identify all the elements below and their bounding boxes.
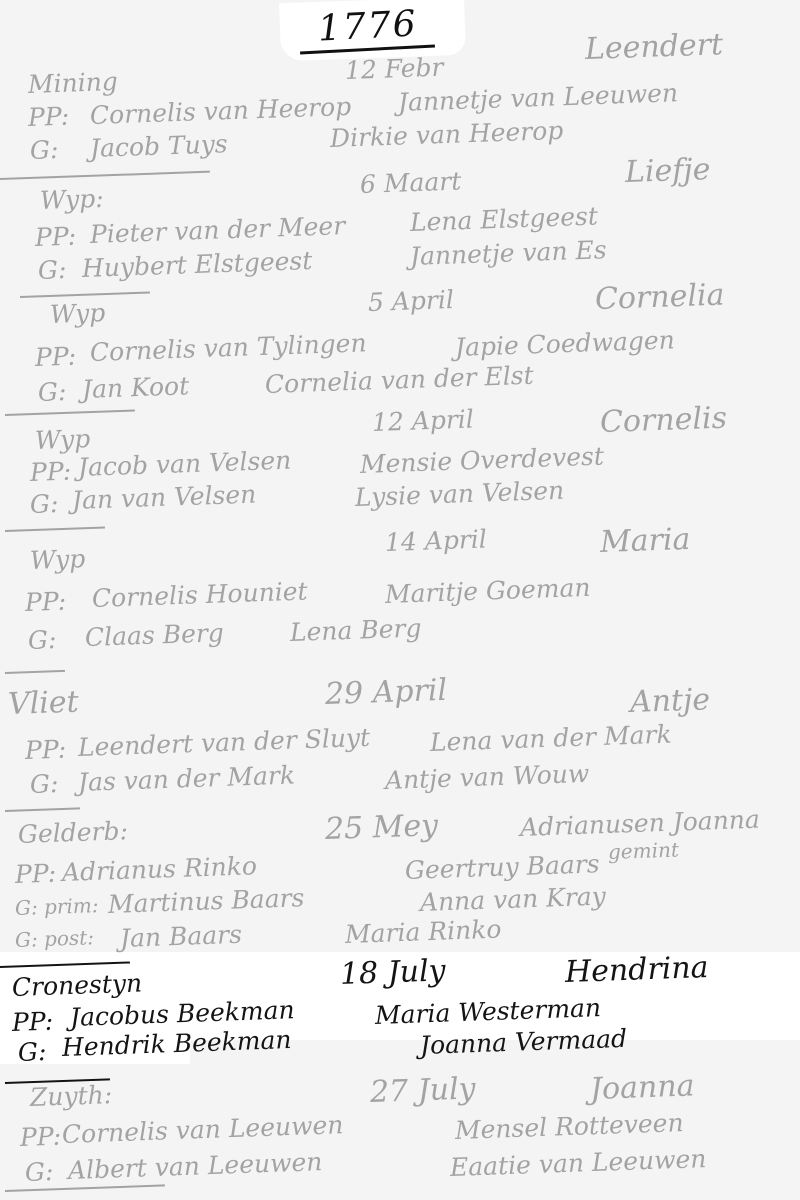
entry-mother: Maritje Goeman: [385, 575, 591, 607]
entry-witness-1: Jan Koot: [82, 373, 190, 402]
entry-divider: [5, 807, 80, 812]
entry-father: Jacob van Velsen: [78, 448, 292, 480]
entry-place: Mining: [28, 69, 119, 97]
entry-witness-2: Lena Berg: [290, 615, 422, 645]
entry-parents-label: PP:: [28, 104, 70, 130]
entry-witness-1: Claas Berg: [85, 620, 225, 650]
entry-place: Vliet: [7, 688, 79, 720]
entry-witness-label: G:: [30, 137, 59, 163]
entry-witness-2: Eaatie van Leeuwen: [450, 1146, 707, 1180]
page-year: 1776: [317, 3, 419, 49]
entry-mother: Geertruy Baars: [405, 851, 600, 883]
entry-child: Liefje: [624, 155, 710, 188]
entry-witness-label-2: G: post:: [15, 927, 95, 950]
entry-child: Joanna: [589, 1071, 694, 1105]
entry-parents-label: PP:: [15, 861, 57, 887]
entry-divider: [5, 409, 135, 416]
entry-father: Cornelis van Heerop: [90, 94, 352, 128]
entry-place: Wyp: [35, 426, 91, 453]
entry-parents-label: PP:: [12, 1009, 54, 1035]
entry-place: Wyp: [30, 546, 86, 573]
entry-divider: [0, 171, 210, 180]
entry-witness-3: Jan Baars: [120, 922, 243, 951]
entry-place: Cronestyn: [12, 970, 143, 1000]
entry-place: Gelderb:: [18, 818, 129, 847]
entry-father: Adrianus Rinko: [62, 853, 258, 885]
entry-child: Cornelia: [594, 280, 724, 315]
entry-witness-1: Albert van Leeuwen: [68, 1149, 323, 1183]
entry-father: Leendert van der Sluyt: [78, 725, 371, 760]
entry-place: Zuyth:: [30, 1082, 113, 1110]
entry-divider: [5, 527, 105, 532]
entry-child: Cornelis: [599, 404, 727, 438]
entry-parents-label: PP:: [25, 737, 67, 763]
entry-date: 12 Febr: [345, 55, 444, 83]
entry-witness-2: Cornelia van der Elst: [265, 363, 534, 397]
entry-mother: Jannetje van Leeuwen: [398, 80, 679, 115]
entry-witness-label: G: prim:: [15, 895, 99, 918]
entry-place: Wyp: [50, 300, 106, 327]
entry-date: 5 April: [368, 287, 455, 315]
entry-mother: Maria Westerman: [375, 995, 602, 1028]
entry-child: Hendrina: [564, 953, 709, 988]
entry-date: 25 Mey: [324, 811, 438, 845]
entry-child: Leendert: [584, 30, 723, 65]
entry-father: Cornelis van Tylingen: [90, 330, 367, 365]
entry-father: Cornelis Houniet: [92, 578, 308, 611]
entry-date: 14 April: [385, 526, 488, 555]
entry-child: Antje: [629, 685, 710, 718]
entry-place: Wyp:: [40, 186, 105, 213]
entry-witness-label: G:: [25, 1159, 54, 1185]
entry-parents-label: PP:: [35, 344, 77, 370]
entry-witness-2: Jannetje van Es: [410, 237, 607, 269]
entry-date: 6 Maart: [360, 168, 462, 197]
entry-father: Cornelis van Leeuwen: [62, 1112, 344, 1147]
entry-date: 29 April: [324, 676, 447, 710]
entry-mother: Mensel Rotteveen: [455, 1110, 684, 1143]
entry-mother: Lena van der Mark: [430, 722, 672, 755]
entry-parents-label: PP:: [25, 589, 67, 615]
entry-witness-2: Antje van Wouw: [385, 761, 590, 793]
entry-date: 12 April: [372, 406, 475, 435]
register-page: 1776 Mining 12 Febr Leendert PP: Corneli…: [0, 0, 800, 1200]
entry-witness-label: G:: [38, 257, 67, 283]
entry-witness-label: G:: [30, 771, 59, 797]
entry-date: 27 July: [369, 1074, 476, 1108]
entry-witness-label: G:: [28, 627, 57, 653]
entry-date: 18 July: [339, 956, 446, 990]
entry-witness-1: Hendrik Beekman: [62, 1027, 292, 1060]
entry-parents-label: PP:: [20, 1124, 62, 1150]
entry-witness-1: Jan van Velsen: [72, 482, 257, 513]
entry-witness-2: Dirkie van Heerop: [330, 118, 564, 151]
entry-witness-2: Lysie van Velsen: [355, 478, 565, 510]
entry-mother: Lena Elstgeest: [410, 203, 599, 235]
entry-mother: Japie Coedwagen: [455, 327, 676, 360]
entry-witness-1: Martinus Baars: [108, 885, 305, 917]
entry-witness-4: Maria Rinko: [345, 917, 502, 947]
entry-parents-label: PP:: [35, 224, 77, 250]
entry-witness-1: Huybert Elstgeest: [82, 248, 313, 281]
entry-father: Pieter van der Meer: [90, 213, 346, 247]
entry-child: Adrianusen Joanna: [520, 807, 761, 840]
entry-witness-1: Jacob Tuys: [90, 131, 228, 161]
entry-witness-label: G:: [18, 1039, 47, 1065]
entry-witness-label: G:: [38, 379, 67, 405]
entry-witness-1: Jas van der Mark: [78, 762, 296, 795]
entry-child-note: gemint: [608, 840, 680, 862]
entry-child: Maria: [599, 525, 690, 558]
entry-witness-2: Anna van Kray: [420, 884, 607, 915]
entry-divider: [20, 291, 150, 298]
entry-divider: [5, 670, 65, 674]
entry-witness-label: G:: [30, 491, 59, 517]
entry-mother: Mensie Overdevest: [360, 443, 605, 477]
entry-parents-label: PP:: [30, 459, 72, 485]
entry-witness-2: Joanna Vermaad: [420, 1026, 628, 1058]
